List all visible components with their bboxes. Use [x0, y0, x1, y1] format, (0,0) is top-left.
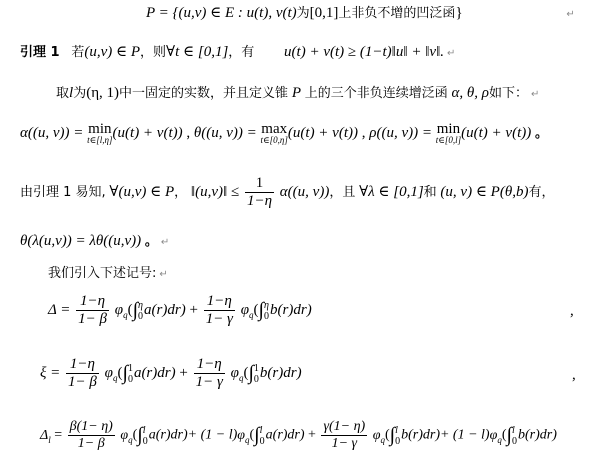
integral-limits: l0	[512, 425, 517, 447]
functionals-line: α((u, v)) = mint∈[l,η](u(t) + v(t)) , θ(…	[20, 122, 548, 145]
define-end: 如下：	[489, 86, 528, 101]
corollary-and: ，且	[329, 185, 355, 200]
homogeneity-line: θ(λ(u,v)) = λθ((u,v)) 。↵	[20, 234, 169, 249]
plus: +	[179, 365, 187, 381]
define-funcs: α, θ, ρ	[452, 85, 489, 101]
integral-limits: η0	[264, 300, 269, 322]
fraction: 1−η1− γ	[204, 294, 235, 327]
corollary-he: 和	[424, 185, 437, 200]
corollary-lead: 由引理 1 易知,	[20, 185, 106, 200]
plus: +	[308, 428, 316, 443]
trailing-comma: ,	[570, 304, 574, 319]
phi-q: φq	[373, 428, 385, 443]
rho-arg: (u(t) + v(t))	[461, 125, 531, 141]
lemma-label: 引理 1	[20, 45, 60, 60]
lemma-if: 若	[71, 45, 84, 60]
integral-limits: η0	[138, 300, 143, 322]
lemma-forall: ∀t ∈ [0,1]	[166, 44, 228, 60]
sep: ,	[362, 125, 366, 141]
fraction: 1−η1− β	[66, 357, 99, 390]
define-rest-2: 上的三个非负连续增泛函	[305, 86, 448, 101]
cone-def-interval: [0,1]	[310, 5, 339, 21]
integrand: b(r)dr)	[518, 428, 557, 443]
paragraph-mark-icon: ↵	[566, 9, 574, 20]
theta-lhs: θ((u, v)) =	[194, 125, 257, 141]
notation-intro-text: 我们引入下述记号:	[48, 266, 156, 281]
define-paragraph: 取l为(η, 1)中一固定的实数，并且定义锥 P 上的三个非负连续增泛函 α, …	[56, 86, 539, 101]
phi-q: φq	[231, 365, 244, 381]
one-minus-l: + (1 − l)	[440, 428, 490, 443]
lemma-condition: (u,v) ∈ P	[84, 44, 140, 60]
xi-lhs: ξ =	[40, 365, 60, 381]
define-take: 取	[56, 86, 69, 101]
corollary-forall-lambda: ∀λ ∈ [0,1]	[359, 184, 424, 200]
fraction: 11−η	[245, 176, 274, 209]
notation-intro: 我们引入下述记号:↵	[48, 266, 168, 281]
integrand: b(r)dr)	[260, 365, 302, 381]
corollary-norm: ‖(u,v)‖ ≤	[191, 184, 239, 200]
rho-min: mint∈[0,l]	[436, 122, 461, 145]
fraction: 1−η1− β	[76, 294, 109, 327]
define-rest: 中一固定的实数，并且定义锥	[119, 86, 288, 101]
integral-limits: l0	[143, 425, 148, 447]
theta-max: maxt∈[0,η]	[261, 122, 288, 145]
equals: =	[54, 428, 62, 443]
integrand: a(r)dr)	[149, 428, 188, 443]
integrand: a(r)dr)	[134, 365, 176, 381]
cone-def-close: }	[455, 5, 462, 21]
fraction: γ(1− η)1− γ	[321, 420, 367, 451]
cone-def-cjk-2: 上非负不增的凹泛函	[338, 6, 455, 21]
define-interval: (η, 1)	[86, 85, 119, 101]
paragraph-mark-icon: ↵	[161, 237, 169, 248]
integral-icon: ∫	[133, 299, 138, 321]
integral-icon: ∫	[122, 362, 127, 384]
rho-lhs: ρ((u, v)) =	[369, 125, 432, 141]
integral-icon: ∫	[248, 362, 253, 384]
delta-l-lhs: Δl	[40, 428, 51, 443]
delta-lhs: Δ =	[48, 302, 70, 318]
define-P: P	[292, 85, 301, 101]
lemma-1: 引理 1 若(u,v) ∈ P，则∀t ∈ [0,1]，有 u(t) + v(t…	[20, 45, 455, 60]
trailing-comma: ,	[572, 368, 576, 383]
delta-equation: Δ = 1−η1− β φq(∫η0a(r)dr) + 1−η1− γ φq(∫…	[48, 294, 312, 327]
phi-q: φq	[115, 302, 128, 318]
integral-limits: l0	[395, 425, 400, 447]
integral-icon: ∫	[507, 424, 512, 446]
cone-def-cjk: 为	[297, 6, 310, 21]
lemma-then: ，则	[140, 45, 166, 60]
integral-icon: ∫	[259, 299, 264, 321]
one-minus-l: + (1 − l)	[188, 428, 238, 443]
integral-limits: l0	[260, 425, 265, 447]
phi-q: φq	[120, 428, 132, 443]
paragraph-mark-icon: ↵	[447, 48, 455, 59]
xi-equation: ξ = 1−η1− β φq(∫10a(r)dr) + 1−η1− γ φq(∫…	[40, 357, 302, 390]
homogeneity-eq: θ(λ(u,v)) = λθ((u,v))	[20, 233, 141, 249]
alpha-lhs: α((u, v)) =	[20, 125, 83, 141]
paragraph-mark-icon: ↵	[531, 89, 539, 100]
define-as: 为	[73, 86, 86, 101]
integrand: a(r)dr)	[266, 428, 305, 443]
corollary-line: 由引理 1 易知, ∀(u,v) ∈ P， ‖(u,v)‖ ≤ 11−η α((…	[20, 176, 554, 209]
integral-icon: ∫	[254, 424, 259, 446]
paragraph-mark-icon: ↵	[159, 269, 167, 280]
corollary-forall: ∀(u,v) ∈ P	[109, 184, 174, 200]
lemma-inequality: u(t) + v(t) ≥ (1−t)‖u‖ + ‖v‖.	[284, 44, 444, 60]
integral-icon: ∫	[390, 424, 395, 446]
integral-limits: 10	[254, 363, 259, 385]
integrand: b(r)dr)	[270, 302, 312, 318]
cone-definition: P = {(u,v) ∈ E : u(t), v(t)为[0,1]上非负不增的凹…	[146, 6, 575, 21]
fraction: 1−η1− γ	[194, 357, 225, 390]
delta-l-equation: Δl = β(1− η)1− β φq(∫l0a(r)dr)+ (1 − l)φ…	[40, 420, 557, 451]
plus: +	[189, 302, 197, 318]
integrand: a(r)dr)	[144, 302, 186, 318]
cone-def-math: P = {(u,v) ∈ E : u(t), v(t)	[146, 5, 297, 21]
phi-q: φq	[237, 428, 249, 443]
alpha-min: mint∈[l,η]	[87, 122, 112, 145]
phi-q: φq	[241, 302, 254, 318]
lemma-have: ，有	[228, 45, 254, 60]
theta-arg: (u(t) + v(t))	[288, 125, 358, 141]
corollary-you: 有，	[528, 185, 554, 200]
sep: ，	[174, 185, 187, 200]
integral-limits: 10	[128, 363, 133, 385]
integrand: b(r)dr)	[401, 428, 440, 443]
phi-q: φq	[490, 428, 502, 443]
corollary-in-set: (u, v) ∈ P(θ,b)	[440, 184, 528, 200]
corollary-alpha: α((u, v))	[280, 184, 330, 200]
phi-q: φq	[105, 365, 118, 381]
period: 。	[535, 126, 548, 141]
integral-icon: ∫	[137, 424, 142, 446]
alpha-arg: (u(t) + v(t))	[113, 125, 183, 141]
period: 。	[145, 234, 158, 249]
fraction: β(1− η)1− β	[68, 420, 115, 451]
sep: ,	[186, 125, 190, 141]
